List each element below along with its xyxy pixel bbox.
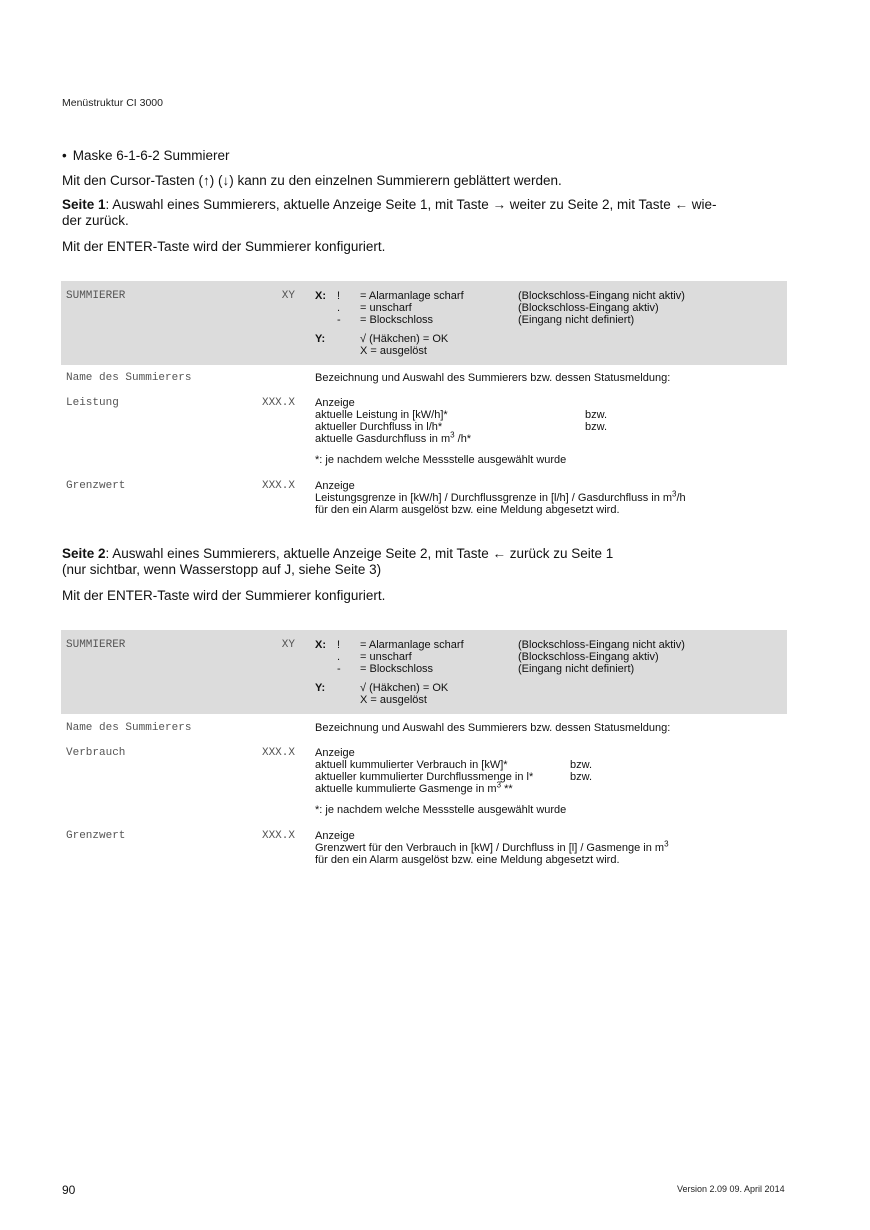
x-meaning-1c: = Blockschloss — [360, 314, 433, 327]
section-bullet: •Maske 6-1-6-2 Summierer — [62, 148, 230, 164]
y-item-2a: √ (Häkchen) = OK — [360, 682, 448, 695]
line3-pre: aktuelle Gasdurchfluss in m — [315, 433, 450, 445]
x-key-1: X: — [315, 290, 326, 303]
grenz2-pre: Grenzwert für den Verbrauch in [kW] / Du… — [315, 842, 664, 854]
seite2-paragraph: Seite 2: Auswahl eines Summierers, aktue… — [62, 546, 792, 578]
legend-code-2: XY — [235, 639, 295, 651]
page-number: 90 — [62, 1183, 75, 1197]
x-note-1c: (Eingang nicht definiert) — [518, 314, 634, 327]
field-leistung-line2-suffix: bzw. — [585, 421, 607, 434]
field-verbrauch-title: Anzeige — [315, 747, 355, 760]
grenz-post: /h — [677, 492, 686, 504]
enter-instructions-2: Mit der ENTER-Taste wird der Summierer k… — [62, 588, 385, 604]
x-meaning-2c: = Blockschloss — [360, 663, 433, 676]
x-note-1a: (Blockschloss-Eingang nicht aktiv) — [518, 290, 685, 303]
field-leistung-footnote: *: je nachdem welche Messstelle ausgewäh… — [315, 454, 566, 467]
field-verbrauch-line1: aktuell kummulierter Verbrauch in [kW]* — [315, 759, 508, 772]
x-symbol-2b: . — [337, 651, 340, 664]
seite1-text-2: der zurück. — [62, 213, 129, 228]
field-grenzwert-line1-2: Grenzwert für den Verbrauch in [kW] / Du… — [315, 842, 669, 855]
field-grenzwert-title-2: Anzeige — [315, 830, 355, 843]
section-title: Maske 6-1-6-2 Summierer — [73, 148, 230, 163]
field-verbrauch-line3: aktuelle kummulierte Gasmenge in m3 ** — [315, 783, 513, 796]
field-leistung-line2: aktueller Durchfluss in l/h* — [315, 421, 442, 434]
seite1-paragraph: Seite 1: Auswahl eines Summierers, aktue… — [62, 197, 792, 229]
field-grenzwert-line2-1: für den ein Alarm ausgelöst bzw. eine Me… — [315, 504, 620, 517]
x-note-2b: (Blockschloss-Eingang aktiv) — [518, 651, 659, 664]
y-item-1b: X = ausgelöst — [360, 345, 427, 358]
field-leistung-line1-suffix: bzw. — [585, 409, 607, 422]
field-verbrauch-label: Verbrauch — [66, 747, 125, 759]
field-leistung-title: Anzeige — [315, 397, 355, 410]
version-info: Version 2.09 09. April 2014 — [677, 1184, 785, 1194]
field-verbrauch-value: XXX.X — [235, 747, 295, 759]
x-note-2a: (Blockschloss-Eingang nicht aktiv) — [518, 639, 685, 652]
field-grenzwert-value-2: XXX.X — [235, 830, 295, 842]
field-name-desc-1: Bezeichnung und Auswahl des Summierers b… — [315, 372, 670, 385]
x-symbol-1a: ! — [337, 290, 340, 303]
x-note-1b: (Blockschloss-Eingang aktiv) — [518, 302, 659, 315]
v-line3-post: ** — [501, 783, 513, 795]
x-meaning-1b: = unscharf — [360, 302, 412, 315]
y-key-1: Y: — [315, 333, 325, 346]
field-leistung-value: XXX.X — [235, 397, 295, 409]
field-name-label-2: Name des Summierers — [66, 722, 191, 734]
line3-post: /h* — [455, 433, 472, 445]
x-symbol-1b: . — [337, 302, 340, 315]
x-key-2: X: — [315, 639, 326, 652]
field-grenzwert-title-1: Anzeige — [315, 480, 355, 493]
enter-instructions-1: Mit der ENTER-Taste wird der Summierer k… — [62, 239, 385, 255]
seite1-text-1: : Auswahl eines Summierers, aktuelle Anz… — [106, 197, 717, 212]
field-leistung-line1: aktuelle Leistung in [kW/h]* — [315, 409, 448, 422]
x-symbol-2a: ! — [337, 639, 340, 652]
x-meaning-2a: = Alarmanlage scharf — [360, 639, 464, 652]
field-name-label-1: Name des Summierers — [66, 372, 191, 384]
field-grenzwert-line1-1: Leistungsgrenze in [kW/h] / Durchflussgr… — [315, 492, 686, 505]
legend-code-1: XY — [235, 290, 295, 302]
field-leistung-line3: aktuelle Gasdurchfluss in m3 /h* — [315, 433, 471, 446]
legend-title-1: SUMMIERER — [66, 290, 125, 302]
legend-title-2: SUMMIERER — [66, 639, 125, 651]
seite2-text-2: (nur sichtbar, wenn Wasserstopp auf J, s… — [62, 562, 381, 577]
field-name-desc-2: Bezeichnung und Auswahl des Summierers b… — [315, 722, 670, 735]
x-symbol-2c: - — [337, 663, 341, 676]
grenz-pre: Leistungsgrenze in [kW/h] / Durchflussgr… — [315, 492, 672, 504]
field-grenzwert-label-2: Grenzwert — [66, 830, 125, 842]
x-meaning-2b: = unscharf — [360, 651, 412, 664]
seite2-text-1: : Auswahl eines Summierers, aktuelle Anz… — [106, 546, 614, 561]
field-verbrauch-line1-suffix: bzw. — [570, 759, 592, 772]
field-grenzwert-line2-2: für den ein Alarm ausgelöst bzw. eine Me… — [315, 854, 620, 867]
y-item-2b: X = ausgelöst — [360, 694, 427, 707]
field-leistung-label: Leistung — [66, 397, 119, 409]
x-note-2c: (Eingang nicht definiert) — [518, 663, 634, 676]
bullet-icon: • — [62, 148, 67, 163]
seite1-label: Seite 1 — [62, 197, 106, 212]
field-verbrauch-footnote: *: je nachdem welche Messstelle ausgewäh… — [315, 804, 566, 817]
field-grenzwert-value-1: XXX.X — [235, 480, 295, 492]
x-meaning-1a: = Alarmanlage scharf — [360, 290, 464, 303]
cursor-instructions: Mit den Cursor-Tasten (↑) (↓) kann zu de… — [62, 173, 562, 189]
y-item-1a: √ (Häkchen) = OK — [360, 333, 448, 346]
v-line3-pre: aktuelle kummulierte Gasmenge in m — [315, 783, 497, 795]
field-grenzwert-label-1: Grenzwert — [66, 480, 125, 492]
y-key-2: Y: — [315, 682, 325, 695]
field-verbrauch-line2-suffix: bzw. — [570, 771, 592, 784]
seite2-label: Seite 2 — [62, 546, 106, 561]
grenz2-sup: 3 — [664, 839, 668, 848]
x-symbol-1c: - — [337, 314, 341, 327]
running-header: Menüstruktur CI 3000 — [62, 97, 163, 109]
